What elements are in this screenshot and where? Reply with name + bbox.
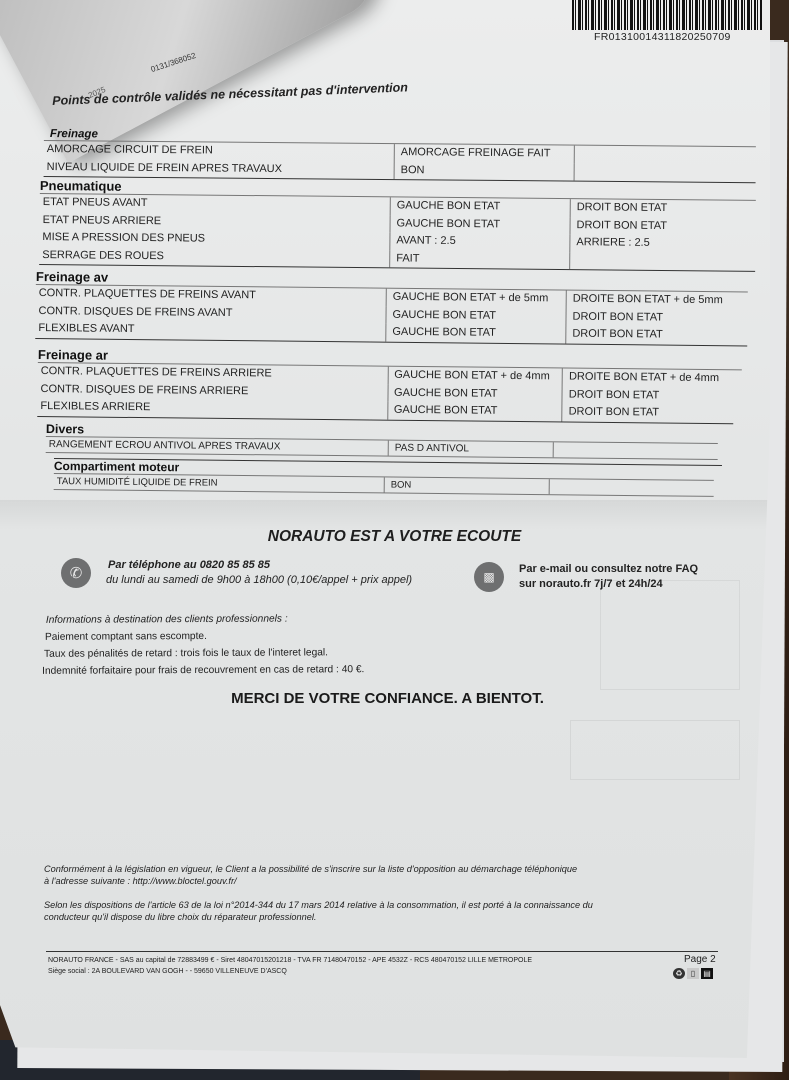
section-freinage-ar: Freinage ar CONTR. PLAQUETTES DE FREINS … [37,347,742,424]
company-info: NORAUTO FRANCE - SAS au capital de 72883… [48,955,532,977]
check-value-left: GAUCHE BON ETAT + de 5mm [386,289,566,308]
web-contact: ▩ Par e-mail ou consultez notre FAQ sur … [474,562,698,592]
check-value-right: DROIT BON ETAT [569,217,749,236]
check-value-left: GAUCHE BON ETAT [385,306,565,325]
bottle-logo-icon: ▯ [687,968,699,979]
article-line-1: Selon les dispositions de l'article 63 d… [44,899,744,911]
barcode [572,0,762,30]
check-value-right [574,146,754,165]
check-label: TAUX HUMIDITÉ LIQUIDE DE FREIN [54,474,384,492]
check-value-left: AMORCAGE FREINAGE FAIT [394,144,574,163]
article-notice: Selon les dispositions de l'article 63 d… [44,899,744,923]
fold-shadow [0,500,789,530]
check-label: NIVEAU LIQUIDE DE FREIN APRES TRAVAUX [44,158,394,179]
pro-info-heading: Informations à destination des clients p… [44,610,364,629]
check-value-left: GAUCHE BON ETAT [387,384,562,403]
check-value-right: DROIT BON ETAT [565,308,745,327]
pro-info-line: Indemnité forfaitaire pour frais de reco… [42,661,364,680]
check-value-right [569,252,749,271]
phone-contact: ✆ Par téléphone au 0820 85 85 85 du lund… [61,558,412,588]
check-value-right [574,163,754,182]
check-value-right: DROIT BON ETAT [565,326,745,345]
check-value-right [553,442,718,459]
footer-logos: ♻ ▯ ▤ [673,968,713,979]
web-line-2: sur norauto.fr 7j/7 et 24h/24 [519,577,698,592]
check-label: SERRAGE DES ROUES [39,246,389,267]
check-value-right: DROIT BON ETAT [562,403,742,422]
show-through-table [570,720,740,780]
article-line-2: conducteur qu'il dispose du libre choix … [44,911,744,923]
footer-divider [46,951,718,952]
section-freinage-av: Freinage av CONTR. PLAQUETTES DE FREINS … [35,269,748,346]
phone-line-1: Par téléphone au 0820 85 85 85 [106,558,412,573]
check-value-right [549,479,714,496]
page-number: Page 2 [684,954,716,965]
check-value-left: GAUCHE BON ETAT [390,197,570,216]
section-rows: CONTR. PLAQUETTES DE FREINS AVANT GAUCHE… [35,284,748,345]
check-label: RANGEMENT ECROU ANTIVOL APRES TRAVAUX [46,437,388,456]
section-freinage: Freinage AMORCAGE CIRCUIT DE FREIN AMORC… [44,128,756,183]
barcode-number: FR01310014311820250709 [594,31,731,43]
listen-title: NORAUTO EST A VOTRE ECOUTE [0,528,789,546]
computer-icon: ▩ [474,562,504,592]
bloctel-line-1: Conformément à la législation en vigueur… [44,863,734,875]
check-value-left: GAUCHE BON ETAT [387,402,562,421]
pro-info-line: Paiement comptant sans escompte. [44,627,364,646]
section-rows: ETAT PNEUS AVANT GAUCHE BON ETAT DROIT B… [39,193,756,271]
section-rows: AMORCAGE CIRCUIT DE FREIN AMORCAGE FREIN… [44,140,756,182]
check-value-left: BON [384,477,549,494]
bloctel-line-2: à l'adresse suivante : http://www.blocte… [44,875,734,887]
show-through-table [600,580,740,690]
bloctel-notice: Conformément à la législation en vigueur… [44,863,734,887]
section-pneumatique: Pneumatique ETAT PNEUS AVANT GAUCHE BON … [39,178,756,272]
check-value-right: DROITE BON ETAT + de 5mm [566,291,746,310]
phone-icon: ✆ [61,558,91,588]
check-value-right: DROIT BON ETAT [562,386,742,405]
company-line: NORAUTO FRANCE - SAS au capital de 72883… [48,955,532,966]
phone-line-2: du lundi au samedi de 9h00 à 18h00 (0,10… [106,573,412,588]
check-label: FLEXIBLES ARRIERE [37,398,387,419]
check-value-left: GAUCHE BON ETAT + de 4mm [387,367,562,386]
pro-info-line: Taux des pénalités de retard : trois foi… [44,644,364,663]
check-value-right: DROITE BON ETAT + de 4mm [562,368,742,387]
check-value-left: GAUCHE BON ETAT [389,215,569,234]
check-value-right: ARRIERE : 2.5 [569,234,749,253]
section-rows: CONTR. PLAQUETTES DE FREINS ARRIERE GAUC… [37,362,742,423]
thank-you-message: MERCI DE VOTRE CONFIANCE. A BIENTOT. [0,690,775,707]
professional-info: Informations à destination des clients p… [44,610,365,680]
address-line: Siège social : 2A BOULEVARD VAN GOGH - -… [48,966,532,977]
recycle-logo-icon: ♻ [673,968,685,979]
check-value-right: DROIT BON ETAT [570,199,750,218]
check-label: FLEXIBLES AVANT [35,320,385,341]
check-value-left: GAUCHE BON ETAT [385,324,565,343]
check-value-left: BON [394,162,574,181]
paper-logo-icon: ▤ [701,968,713,979]
web-line-1: Par e-mail ou consultez notre FAQ [519,562,698,577]
check-value-left: AVANT : 2.5 [389,232,569,251]
check-value-left: FAIT [389,250,569,269]
check-value-left: PAS D ANTIVOL [388,441,553,458]
